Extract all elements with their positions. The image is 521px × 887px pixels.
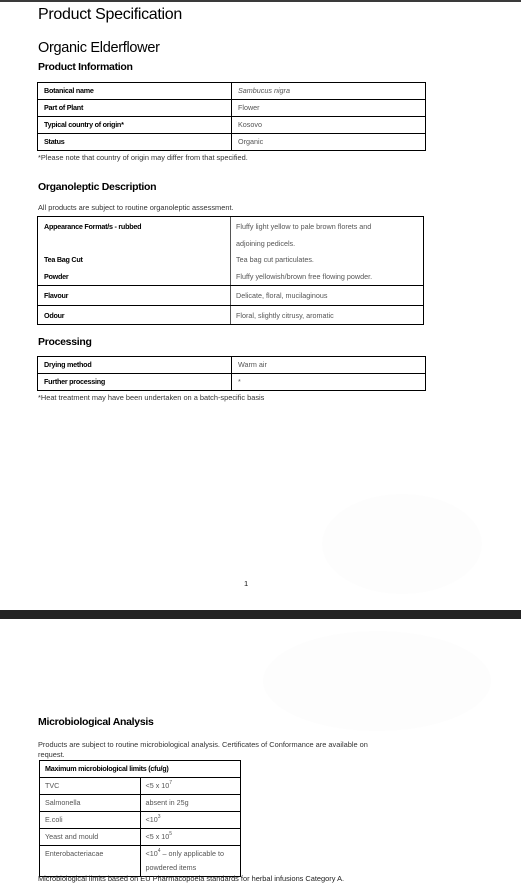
row-label: Status [38, 134, 232, 151]
organoleptic-intro: All products are subject to routine orga… [38, 203, 234, 212]
row-label: Flavour [38, 286, 231, 305]
row-value: Organic [232, 134, 426, 151]
section-heading-microbiological: Microbiological Analysis [38, 716, 154, 728]
row-label: Salmonella [40, 795, 141, 812]
microbiological-intro-line2: request. [38, 750, 65, 759]
table-header-row: Maximum microbiological limits (cfu/g) [40, 761, 241, 778]
row-value: Flower [232, 100, 426, 117]
row-label: Yeast and mould [40, 829, 141, 846]
microbiological-intro-line1: Products are subject to routine microbio… [38, 740, 368, 749]
row-value: Warm air [232, 357, 426, 374]
table-row: Status Organic [38, 134, 426, 151]
row-label: TVC [40, 778, 141, 795]
page-number: 1 [244, 579, 248, 588]
row-label: E.coli [40, 812, 141, 829]
page-watermark [263, 631, 491, 731]
row-value: absent in 25g [140, 795, 241, 812]
row-value: * [232, 374, 426, 391]
row-value: Fluffy yellowish/brown free flowing powd… [236, 269, 418, 286]
table-row: Salmonella absent in 25g [40, 795, 241, 812]
row-value: <104 – only applicable to powdered items [140, 846, 241, 877]
table-row: Typical country of origin* Kosovo [38, 117, 426, 134]
row-label: Tea Bag Cut [44, 252, 224, 269]
row-label: Enterobacteriacae [40, 846, 141, 877]
row-value: <5 x 105 [140, 829, 241, 846]
row-label: Powder [44, 269, 224, 286]
row-value: Delicate, floral, mucilaginous [231, 286, 423, 305]
origin-footnote: *Please note that country of origin may … [38, 153, 248, 162]
row-value: Tea bag cut particulates. [236, 252, 418, 269]
row-label: Part of Plant [38, 100, 232, 117]
table-row: Further processing * [38, 374, 426, 391]
microbiological-limits-table: Maximum microbiological limits (cfu/g) T… [39, 760, 241, 877]
row-label: Typical country of origin* [38, 117, 232, 134]
processing-footnote: *Heat treatment may have been undertaken… [38, 393, 264, 402]
document-title: Product Specification [38, 6, 182, 24]
table-row: Yeast and mould <5 x 105 [40, 829, 241, 846]
page-watermark [322, 494, 482, 594]
row-value: Kosovo [232, 117, 426, 134]
section-heading-product-information: Product Information [38, 61, 133, 73]
table-row: Part of Plant Flower [38, 100, 426, 117]
row-value: <103 [140, 812, 241, 829]
table-row: Odour Floral, slightly citrusy, aromatic [38, 305, 423, 325]
processing-table: Drying method Warm air Further processin… [37, 356, 426, 391]
table-row: Drying method Warm air [38, 357, 426, 374]
row-value: Floral, slightly citrusy, aromatic [231, 306, 423, 325]
row-label: Drying method [38, 357, 232, 374]
product-information-table: Botanical name Sambucus nigra Part of Pl… [37, 82, 426, 151]
microbiological-footnote: Microbiological limits based on EU Pharm… [38, 874, 344, 883]
row-label: Botanical name [38, 83, 232, 100]
section-heading-organoleptic: Organoleptic Description [38, 181, 156, 193]
product-name: Organic Elderflower [38, 40, 160, 56]
table-row: Enterobacteriacae <104 – only applicable… [40, 846, 241, 877]
document-page-1: Product Specification Organic Elderflowe… [0, 2, 521, 610]
row-value: <5 x 107 [140, 778, 241, 795]
section-heading-processing: Processing [38, 336, 92, 348]
table-row: Botanical name Sambucus nigra [38, 83, 426, 100]
table-row-appearance: Appearance Format/s - rubbed Tea Bag Cut… [38, 217, 423, 285]
table-row: TVC <5 x 107 [40, 778, 241, 795]
page-separator [0, 610, 521, 619]
table-row: E.coli <103 [40, 812, 241, 829]
row-label: Further processing [38, 374, 232, 391]
row-value: Sambucus nigra [232, 83, 426, 100]
table-row: Flavour Delicate, floral, mucilaginous [38, 285, 423, 305]
row-value: adjoining pedicels. [236, 236, 418, 253]
table-header: Maximum microbiological limits (cfu/g) [40, 761, 241, 778]
organoleptic-table: Appearance Format/s - rubbed Tea Bag Cut… [37, 216, 424, 325]
row-label: Appearance Format/s - rubbed [44, 219, 224, 236]
row-label: Odour [38, 306, 231, 325]
row-value: Fluffy light yellow to pale brown floret… [236, 219, 418, 236]
